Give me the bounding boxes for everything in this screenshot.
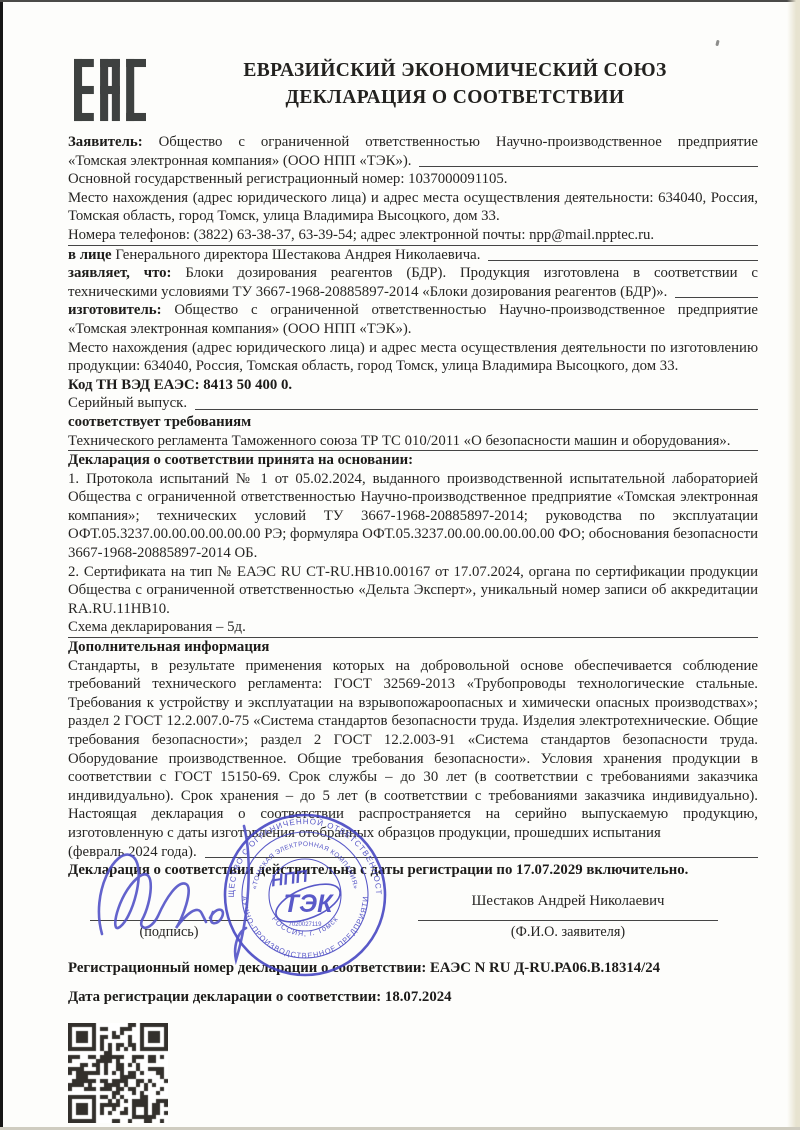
section-additional: Дополнительная информация Стандарты, в р… — [68, 638, 758, 861]
declaration-scheme: Схема декларирования – 5д. — [68, 618, 758, 637]
title-line-declaration: ДЕКЛАРАЦИЯ О СООТВЕТСТВИИ — [150, 84, 760, 111]
applicant-text2: «Томская электронная компания» (ООО НПП … — [68, 152, 411, 171]
declares-line1: заявляет, что: Блоки дозирования реагент… — [68, 264, 758, 283]
rule-fill — [205, 857, 758, 858]
section-applicant: Заявитель: Общество с ограниченной ответ… — [68, 133, 758, 170]
additional-text: Стандарты, в результате применения котор… — [68, 657, 758, 843]
scan-edge-left — [0, 0, 3, 1130]
applicant-line2: «Томская электронная компания» (ООО НПП … — [68, 152, 758, 171]
svg-text:РОССИЯ, г. Томск: РОССИЯ, г. Томск — [270, 914, 340, 938]
validity-row: Декларация о соответствии действительна … — [68, 861, 758, 880]
declares-text1: Блоки дозирования реагентов (БДР). Проду… — [185, 265, 758, 281]
declares-label: заявляет, что: — [68, 265, 171, 281]
ogrn-line: Основной государственный регистрационный… — [68, 170, 758, 189]
fio-caption: (Ф.И.О. заявителя) — [418, 923, 718, 942]
tnved-text: Код ТН ВЭД ЕАЭС: 8413 50 400 0. — [68, 377, 292, 393]
declares-line2: техническими условиями ТУ 3667-1968-2088… — [68, 283, 758, 302]
manufacturer-text1: Общество с ограниченной ответственностью… — [174, 302, 758, 318]
rule-fill — [675, 297, 758, 298]
rule-fill — [195, 409, 758, 410]
title-line-union: ЕВРАЗИЙСКИЙ ЭКОНОМИЧЕСКИЙ СОЮЗ — [150, 57, 760, 84]
applicant-fio: Шестаков Андрей Николаевич — [418, 892, 718, 911]
manufacturer-line1: изготовитель: Общество с ограниченной от… — [68, 301, 758, 320]
section-manufacturer: изготовитель: Общество с ограниченной от… — [68, 301, 758, 413]
section-basis: Декларация о соответствии принята на осн… — [68, 451, 758, 638]
conforms-text: Технического регламента Таможенного союз… — [68, 432, 758, 451]
basis-label: Декларация о соответствии принята на осн… — [68, 452, 413, 468]
scan-edge-right — [787, 0, 800, 1130]
conforms-label: соответствует требованиям — [68, 414, 251, 430]
stamp-inn-text: 7020027119 — [289, 922, 323, 928]
tnved-code: Код ТН ВЭД ЕАЭС: 8413 50 400 0. — [68, 376, 758, 395]
additional-label: Дополнительная информация — [68, 639, 269, 655]
stamp-tek-text: ТЭК — [284, 890, 335, 918]
declaration-body: Заявитель: Общество с ограниченной ответ… — [68, 133, 758, 1123]
person-label: в лице — [68, 247, 112, 263]
signature-line — [90, 920, 248, 921]
eac-mark-icon — [74, 58, 146, 122]
scan-edge-top — [0, 0, 800, 2]
declares-text2: техническими условиями ТУ 3667-1968-2088… — [68, 283, 667, 302]
additional-tail-row: (февраль 2024 года). — [68, 843, 758, 862]
manufacturer-line2: «Томская электронная компания» (ООО НПП … — [68, 320, 758, 339]
additional-tail-text: (февраль 2024 года). — [68, 843, 197, 862]
applicant-text1: Общество с ограниченной ответственностью… — [159, 134, 758, 150]
applicant-phones: Номера телефонов: (3822) 63-38-37, 63-39… — [68, 226, 758, 245]
signature-caption: (подпись) — [90, 923, 248, 942]
applicant-address: Место нахождения (адрес юридического лиц… — [68, 189, 758, 226]
validity-text: Декларация о соответствии действительна … — [68, 862, 688, 878]
applicant-line1: Заявитель: Общество с ограниченной ответ… — [68, 133, 758, 152]
basis-item-2: 2. Сертификата на тип № ЕАЭС RU СТ-RU.НВ… — [68, 563, 758, 619]
scan-speck — [715, 40, 719, 47]
qr-code — [68, 1023, 168, 1123]
registration-number-row: Регистрационный номер декларации о соотв… — [68, 959, 758, 978]
serial-row: Серийный выпуск. — [68, 394, 758, 413]
rule-fill — [488, 260, 758, 261]
rule-fill — [419, 166, 758, 167]
stamp-inner-bottom-text: РОССИЯ, г. Томск — [270, 914, 340, 938]
applicant-label: Заявитель: — [68, 134, 143, 150]
declaration-document: ЕВРАЗИЙСКИЙ ЭКОНОМИЧЕСКИЙ СОЮЗ ДЕКЛАРАЦИ… — [0, 0, 800, 1130]
section-registration-data: Основной государственный регистрационный… — [68, 170, 758, 245]
section-person: в лице Генерального директора Шестакова … — [68, 246, 758, 265]
signature-zone: (подпись) Шестаков Андрей Николаевич (Ф.… — [68, 884, 758, 948]
manufacturer-label: изготовитель: — [68, 302, 162, 318]
section-declares: заявляет, что: Блоки дозирования реагент… — [68, 264, 758, 301]
serial-text: Серийный выпуск. — [68, 394, 187, 413]
document-title: ЕВРАЗИЙСКИЙ ЭКОНОМИЧЕСКИЙ СОЮЗ ДЕКЛАРАЦИ… — [150, 57, 760, 111]
person-text: Генерального директора Шестакова Андрея … — [115, 247, 480, 263]
section-conforms: соответствует требованиям Технического р… — [68, 413, 758, 451]
fio-line — [418, 920, 718, 921]
person-line: в лице Генерального директора Шестакова … — [68, 246, 480, 265]
manufacturer-address: Место нахождения (адрес юридического лиц… — [68, 339, 758, 376]
basis-item-1: 1. Протокола испытаний № 1 от 05.02.2024… — [68, 470, 758, 563]
registration-date-row: Дата регистрации декларации о соответств… — [68, 988, 758, 1007]
